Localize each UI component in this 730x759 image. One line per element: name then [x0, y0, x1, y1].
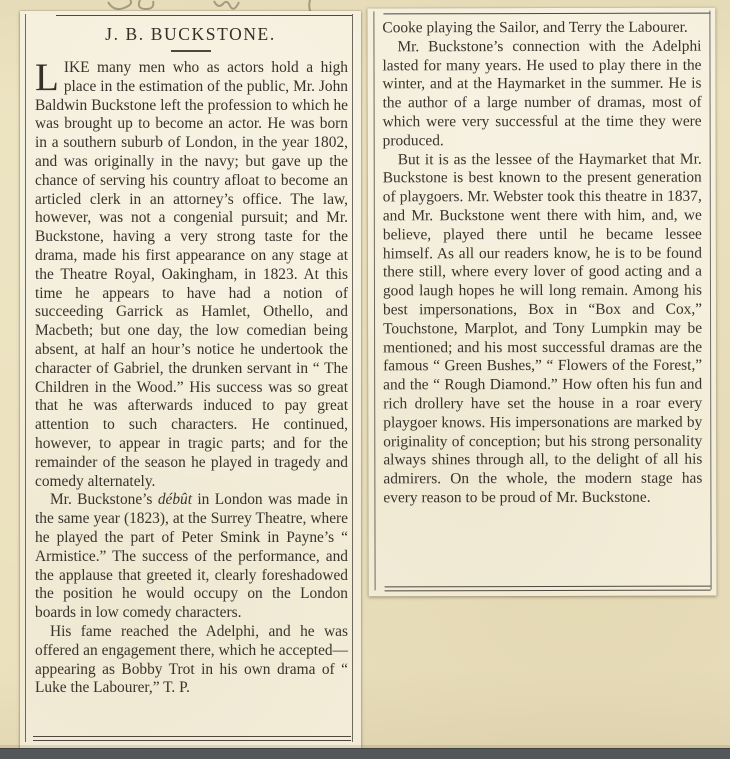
paragraph: His fame reached the Adelphi, and he was… [35, 623, 348, 698]
drop-cap: L [35, 59, 64, 94]
column-rule-left [25, 14, 26, 742]
clipping-right-column: Cooke playing the Sailor, and Terry the … [367, 8, 716, 597]
paragraph: Cooke playing the Sailor, and Terry the … [382, 19, 701, 38]
paragraph: Mr. Buckstone’s débût in London was made… [35, 491, 348, 623]
article-heading: J. B. BUCKSTONE. [20, 24, 361, 45]
scan-edge-band [0, 748, 730, 759]
paragraph: LIKE many men who as actors hold a high … [35, 59, 348, 491]
bottom-rule [33, 736, 351, 741]
bottom-rule [385, 586, 711, 592]
paragraph: Mr. Buckstone’s connection with the Adel… [382, 37, 701, 150]
column-rule-right [352, 14, 353, 742]
top-rule [56, 15, 352, 16]
right-column-text: Cooke playing the Sailor, and Terry the … [367, 8, 716, 508]
scrapbook-page: J. B. BUCKSTONE. LIKE many men who as ac… [0, 0, 730, 759]
clipping-left-column: J. B. BUCKSTONE. LIKE many men who as ac… [20, 11, 361, 748]
heading-divider-rule [171, 50, 211, 52]
left-column-text: LIKE many men who as actors hold a high … [20, 59, 361, 698]
paragraph: But it is as the lessee of the Haymarket… [383, 150, 703, 508]
